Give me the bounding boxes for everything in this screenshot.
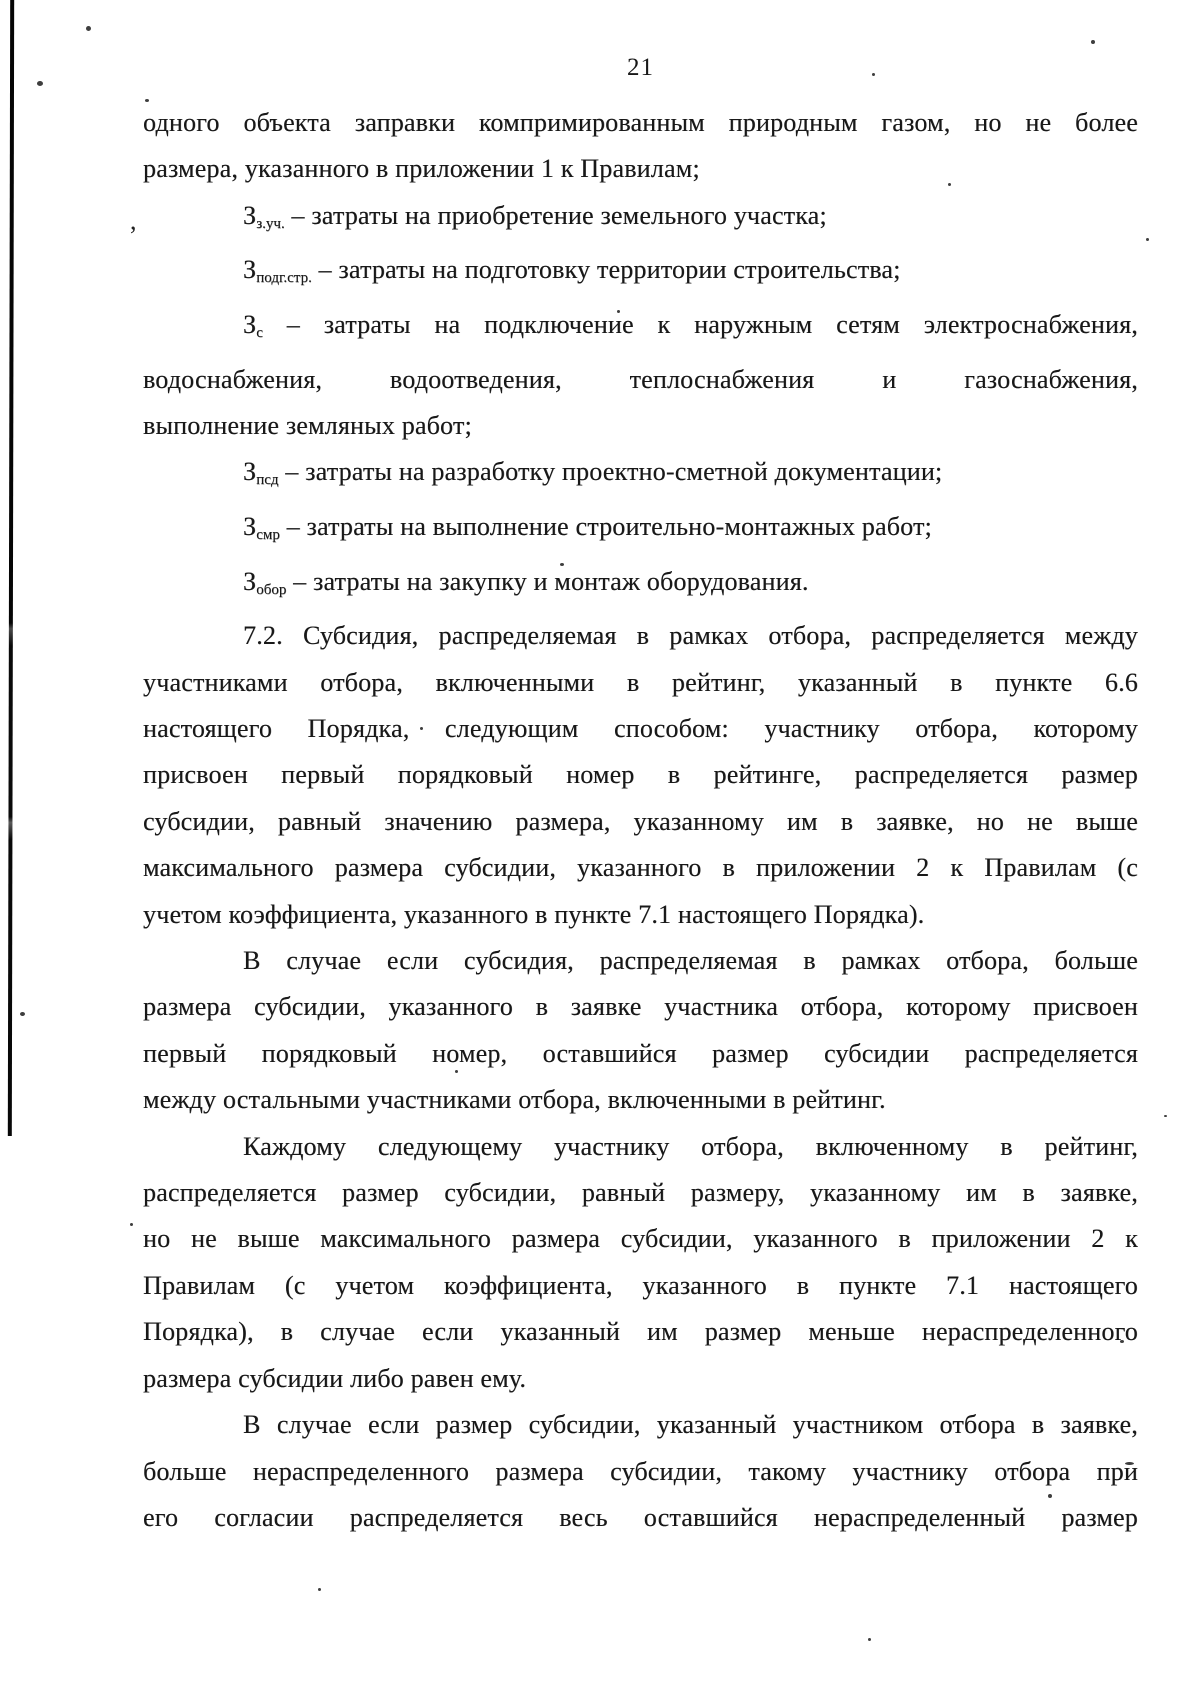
- subscript: смр: [256, 527, 280, 543]
- page-content: 21 одного объекта заправки компримирован…: [143, 0, 1138, 1541]
- scan-speck: [130, 1223, 133, 1226]
- scan-speck: [37, 81, 43, 86]
- subscript: з.уч.: [256, 216, 284, 232]
- scan-speck: [1125, 1462, 1134, 1465]
- scan-edge-line: [8, 0, 14, 1136]
- scan-speck: [1120, 1340, 1124, 1343]
- text-line: В случае если размер субсидии, указанный…: [143, 1402, 1138, 1448]
- text-line: Зз.уч. – затраты на приобретение земельн…: [143, 193, 1138, 248]
- scan-speck: [318, 1588, 321, 1591]
- paragraph: Зобор – затраты на закупку и монтаж обор…: [143, 559, 1138, 614]
- scan-speck: [868, 1638, 871, 1641]
- margin-stray-mark: ,: [130, 206, 137, 236]
- scan-speck: [872, 73, 875, 76]
- text-line: настоящего Порядка, следующим способом: …: [143, 706, 1138, 752]
- text-line: Зподг.стр. – затраты на подготовку терри…: [143, 247, 1138, 302]
- text-line: первый порядковый номер, оставшийся разм…: [143, 1031, 1138, 1077]
- text-line: размера субсидии либо равен ему.: [143, 1356, 1138, 1402]
- paragraph: 7.2. Субсидия, распределяемая в рамках о…: [143, 613, 1138, 938]
- paragraph: одного объекта заправки компримированным…: [143, 100, 1138, 193]
- text-line: Зобор – затраты на закупку и монтаж обор…: [143, 559, 1138, 614]
- text-line: В случае если субсидия, распределяемая в…: [143, 938, 1138, 984]
- document-body: одного объекта заправки компримированным…: [143, 100, 1138, 1541]
- text-line: одного объекта заправки компримированным…: [143, 100, 1138, 146]
- scan-speck: [20, 1012, 25, 1016]
- paragraph: В случае если субсидия, распределяемая в…: [143, 938, 1138, 1124]
- text-line: его согласии распределяется весь оставши…: [143, 1495, 1138, 1541]
- paragraph: Каждому следующему участнику отбора, вкл…: [143, 1124, 1138, 1402]
- paragraph: Зподг.стр. – затраты на подготовку терри…: [143, 247, 1138, 302]
- text-line: Каждому следующему участнику отбора, вкл…: [143, 1124, 1138, 1170]
- text-line: Зпсд – затраты на разработку проектно-см…: [143, 449, 1138, 504]
- paragraph: В случае если размер субсидии, указанный…: [143, 1402, 1138, 1541]
- text-line: размера, указанного в приложении 1 к Пра…: [143, 146, 1138, 192]
- subscript: обор: [256, 582, 286, 598]
- text-line: больше нераспределенного размера субсиди…: [143, 1449, 1138, 1495]
- page-number: 21: [143, 54, 1138, 84]
- text-line: распределяется размер субсидии, равный р…: [143, 1170, 1138, 1216]
- scan-speck: [455, 1070, 458, 1073]
- subscript: с: [256, 325, 263, 341]
- text-line: учетом коэффициента, указанного в пункте…: [143, 892, 1138, 938]
- text-line: выполнение земляных работ;: [143, 403, 1138, 449]
- paragraph: Зпсд – затраты на разработку проектно-см…: [143, 449, 1138, 504]
- scan-speck: [1146, 238, 1149, 241]
- text-line: максимального размера субсидии, указанно…: [143, 845, 1138, 891]
- text-line: размера субсидии, указанного в заявке уч…: [143, 984, 1138, 1030]
- scan-speck: [420, 727, 423, 730]
- text-line: участниками отбора, включенными в рейтин…: [143, 660, 1138, 706]
- text-line: Зсмр – затраты на выполнение строительно…: [143, 504, 1138, 559]
- text-line: водоснабжения, водоотведения, теплоснабж…: [143, 357, 1138, 403]
- text-line: Порядка), в случае если указанный им раз…: [143, 1309, 1138, 1355]
- text-line: но не выше максимального размера субсиди…: [143, 1216, 1138, 1262]
- paragraph: Зз.уч. – затраты на приобретение земельн…: [143, 193, 1138, 248]
- scan-speck: [1091, 40, 1095, 44]
- scan-speck: [948, 183, 951, 186]
- text-line: 7.2. Субсидия, распределяемая в рамках о…: [143, 613, 1138, 659]
- scan-speck: [1164, 1115, 1167, 1117]
- scan-speck: [617, 310, 620, 313]
- scan-speck: [86, 26, 91, 31]
- paragraph: Зсмр – затраты на выполнение строительно…: [143, 504, 1138, 559]
- scan-speck: [145, 99, 149, 102]
- text-line: Правилам (с учетом коэффициента, указанн…: [143, 1263, 1138, 1309]
- paragraph: Зс – затраты на подключение к наружным с…: [143, 302, 1138, 449]
- text-line: между остальными участниками отбора, вкл…: [143, 1077, 1138, 1123]
- text-line: субсидии, равный значению размера, указа…: [143, 799, 1138, 845]
- text-line: Зс – затраты на подключение к наружным с…: [143, 302, 1138, 357]
- subscript: подг.стр.: [256, 271, 312, 287]
- scan-speck: [672, 1426, 675, 1429]
- subscript: псд: [256, 473, 278, 489]
- text-line: присвоен первый порядковый номер в рейти…: [143, 752, 1138, 798]
- document-page: , 21 одного объекта заправки компримиров…: [0, 0, 1200, 1697]
- scan-speck: [560, 563, 564, 566]
- scan-speck: [1048, 1494, 1052, 1498]
